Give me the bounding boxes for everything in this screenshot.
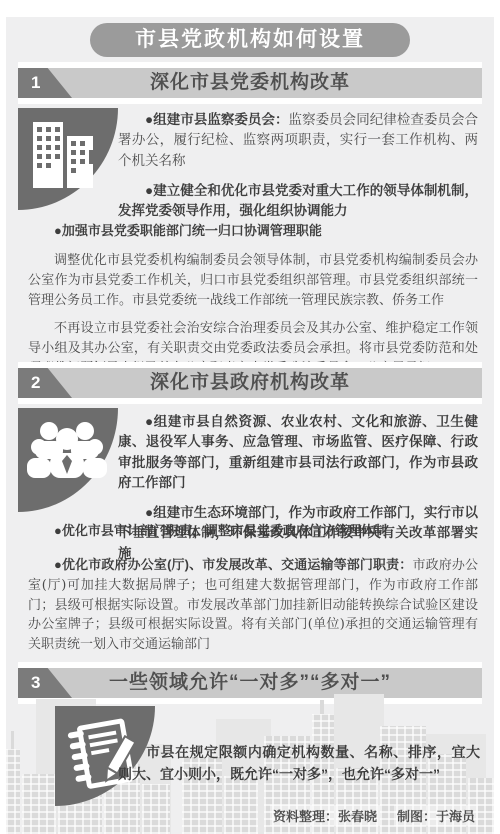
poster-canvas: 市县党政机构如何设置 1 深化市县党委机构改革 (6, 17, 494, 834)
section-2-heading: 深化市县政府机构改革 (18, 368, 482, 398)
people-group-icon (27, 416, 107, 486)
credit-compiler: 资料整理：张春晓 (270, 805, 380, 826)
section-3-text: 市县在规定限额内确定机构数量、名称、排序，宜大则大、宜小则小，既允许“一对多”，… (118, 741, 480, 787)
section-1-heading: 深化市县党委机构改革 (18, 68, 482, 98)
section-1-icon-block (18, 108, 118, 210)
bullet-item: ●组建市县监察委员会：监察委员会同纪律检查委员会合署办公，履行纪检、监察两项职责… (118, 110, 478, 171)
section-1-beside-text: ●组建市县监察委员会：监察委员会同纪律检查委员会合署办公，履行纪检、监察两项职责… (118, 110, 478, 231)
skyline-building (142, 784, 170, 834)
infographic-page: 市县党政机构如何设置 1 深化市县党委机构改革 (0, 0, 500, 834)
paragraph: 市县在规定限额内确定机构数量、名称、排序，宜大则大、宜小则小，既允许“一对多”，… (118, 741, 480, 787)
section-1-below-text: ●加强市县党委职能部门统一归口协调管理职能 调整优化市县党委机构编制委员会领导体… (28, 222, 478, 388)
page-title: 市县党政机构如何设置 (90, 23, 410, 57)
bullet-item: ●组建市生态环境部门，作为市政府工作部门，实行市以下垂直管理体制，环保垂改具体工… (118, 503, 478, 564)
credits: 资料整理：张春晓 制图：于海员 (270, 805, 478, 826)
section-1-header: 1 深化市县党委机构改革 (18, 68, 482, 98)
credit-illustrator: 制图：于海员 (394, 805, 478, 826)
section-2-header: 2 深化市县政府机构改革 (18, 368, 482, 398)
bullet-item: ●建立健全和优化市县党委对重大工作的领导体制机制，发挥党委领导作用，强化组织协调… (118, 181, 478, 222)
bullet-item: ●组建市县自然资源、农业农村、文化和旅游、卫生健康、退役军人事务、应急管理、市场… (118, 412, 478, 493)
section-2-beside-text: ●组建市县自然资源、农业农村、文化和旅游、卫生健康、退役军人事务、应急管理、市场… (118, 412, 478, 574)
paragraph: 调整优化市县党委机构编制委员会领导体制，市县党委机构编制委员会办公室作为市县党委… (28, 251, 478, 311)
skyline-building (6, 749, 20, 834)
skyline-building (22, 774, 56, 834)
city-buildings-icon (27, 116, 105, 196)
section-2-icon-block (18, 408, 118, 512)
